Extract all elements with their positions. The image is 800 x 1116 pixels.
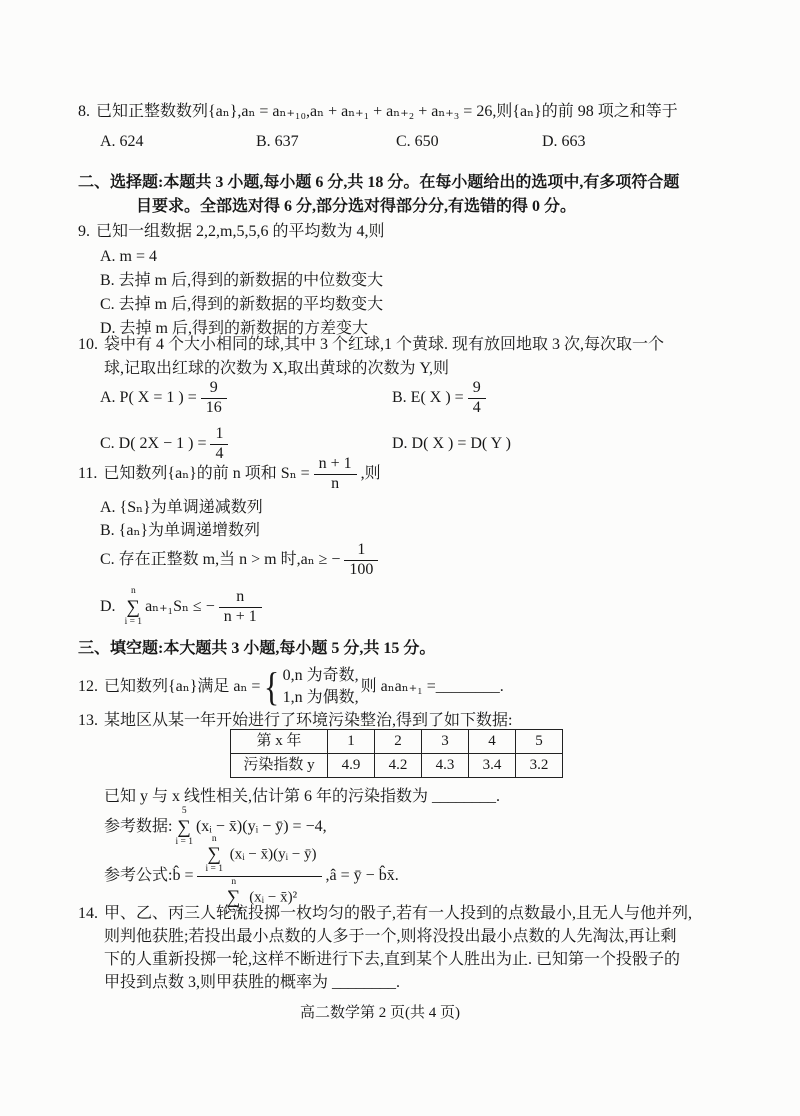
question-number: 12.: [78, 676, 98, 698]
sigma-icon: ∑: [127, 597, 141, 618]
fraction-numerator: 1: [344, 542, 378, 561]
fraction-numerator: n ∑ i = 1 (xᵢ − x̄)(yᵢ − ȳ): [197, 835, 321, 877]
question-stem-line3: 下的人重新投掷一轮,这样不断进行下去,直到某个人胜出为止. 已知第一个投骰子的: [104, 949, 680, 971]
sigma-icon: ∑: [207, 844, 221, 865]
question-9: 9.已知一组数据 2,2,m,5,5,6 的平均数为 4,则: [78, 221, 384, 243]
option-c: C. 650: [396, 131, 542, 153]
fraction-denominator: 4: [468, 399, 486, 417]
fraction-denominator: 16: [201, 399, 227, 417]
question-stem-line1: 袋中有 4 个大小相同的球,其中 3 个红球,1 个黄球. 现有放回地取 3 次…: [104, 336, 664, 353]
fraction: n + 1n: [314, 456, 357, 493]
option-d: D. 663: [542, 131, 586, 153]
question-stem: 已知数列{aₙ}满足 aₙ =: [104, 676, 260, 698]
table-cell: 4.9: [328, 754, 375, 778]
section-2-header-line1: 二、选择题:本题共 3 小题,每小题 6 分,共 18 分。在每小题给出的选项中…: [78, 172, 679, 194]
sum-symbol: 5 ∑ i = 1: [175, 807, 193, 847]
q13-reference-formula: 参考公式:b̂ = n ∑ i = 1 (xᵢ − x̄)(yᵢ − ȳ) n …: [104, 845, 399, 907]
table-cell: 3.4: [469, 754, 516, 778]
page-footer: 高二数学第 2 页(共 4 页): [0, 1003, 760, 1024]
question-stem-line1: 甲、乙、丙三人轮流投掷一枚均匀的骰子,若有一人投到的点数最小,且无人与他并列,: [104, 905, 692, 922]
fraction: 94: [468, 380, 486, 417]
fill-blank: ________.: [332, 974, 400, 991]
question-stem: 某地区从某一年开始进行了环境污染整治,得到了如下数据:: [104, 712, 512, 729]
fraction-numerator: 9: [201, 380, 227, 399]
question-stem: 已知一组数据 2,2,m,5,5,6 的平均数为 4,则: [96, 223, 384, 240]
question-number: 14.: [78, 903, 98, 925]
table-cell: 3: [422, 730, 469, 754]
question-8: 8.已知正整数数列{aₙ},aₙ = aₙ₊₁₀,aₙ + aₙ₊₁ + aₙ₊…: [78, 101, 678, 123]
fraction-numerator: n + 1: [314, 456, 357, 475]
pollution-data-table: 第 x 年 1 2 3 4 5 污染指数 y 4.9 4.2 4.3 3.4 3…: [230, 729, 563, 778]
question-11: 11. 已知数列{aₙ}的前 n 项和 Sₙ = n + 1n ,则: [78, 452, 381, 496]
question-number: 9.: [78, 221, 90, 243]
table-cell: 2: [375, 730, 422, 754]
q11-option-c: C. 存在正整数 m,当 n > m 时,aₙ ≥ − 1100: [100, 538, 382, 582]
table-row-index: 污染指数 y 4.9 4.2 4.3 3.4 3.2: [231, 754, 563, 778]
table-cell: 1: [328, 730, 375, 754]
fraction-numerator: 1: [210, 426, 228, 445]
question-stem: 已知正整数数列{aₙ},aₙ = aₙ₊₁₀,aₙ + aₙ₊₁ + aₙ₊₂ …: [96, 103, 678, 120]
question-number: 11.: [78, 463, 97, 485]
fraction: nn + 1: [219, 589, 262, 626]
question-10: 10.袋中有 4 个大小相同的球,其中 3 个红球,1 个黄球. 现有放回地取 …: [78, 334, 664, 356]
question-stem-line2: 则判他获胜;若投出最小点数的人多于一个,则将没投出最小点数的人先淘汰,再让剩: [104, 926, 676, 948]
section-3-header: 三、填空题:本大题共 3 小题,每小题 5 分,共 15 分。: [78, 638, 435, 660]
question-number: 8.: [78, 101, 90, 123]
question-number: 10.: [78, 334, 98, 356]
fraction-numerator: n: [219, 589, 262, 608]
fill-blank: ________.: [436, 676, 504, 698]
question-number: 13.: [78, 710, 98, 732]
fraction: 916: [201, 380, 227, 417]
option-b: B. 637: [256, 131, 396, 153]
piecewise-cases: { 0,n 为奇数, 1,n 为偶数,: [262, 665, 358, 708]
table-cell: 污染指数 y: [231, 754, 328, 778]
option-a: A. 624: [100, 131, 256, 153]
q9-option-c: C. 去掉 m 后,得到的新数据的平均数变大: [100, 294, 383, 316]
fill-blank: ________.: [432, 788, 500, 805]
section-2-header-line2: 目要求。全部选对得 6 分,部分选对得部分分,有选错的得 0 分。: [136, 196, 576, 218]
q9-option-a: A. m = 4: [100, 246, 157, 268]
sum-symbol: n ∑ i = 1: [205, 835, 223, 875]
question-14: 14.甲、乙、丙三人轮流投掷一枚均匀的骰子,若有一人投到的点数最小,且无人与他并…: [78, 903, 692, 925]
table-row-years: 第 x 年 1 2 3 4 5: [231, 730, 563, 754]
q8-options: A. 624 B. 637 C. 650 D. 663: [100, 131, 586, 153]
q11-option-a: A. {Sₙ}为单调递减数列: [100, 497, 263, 519]
sum-symbol: n ∑ i = 1: [125, 587, 143, 627]
fraction-denominator: 100: [344, 561, 378, 579]
case-line2: 1,n 为偶数,: [283, 687, 359, 709]
table-cell: 4.2: [375, 754, 422, 778]
q11-option-d: D. n ∑ i = 1 aₙ₊₁Sₙ ≤ − nn + 1: [100, 582, 266, 632]
fraction-denominator: n: [314, 475, 357, 493]
question-stem: 已知数列{aₙ}的前 n 项和 Sₙ =: [103, 463, 309, 485]
table-cell: 第 x 年: [231, 730, 328, 754]
q10-options-row1: A. P( X = 1 ) = 916 B. E( X ) = 94: [100, 375, 490, 421]
cases-brace: {: [264, 667, 279, 707]
question-12: 12. 已知数列{aₙ}满足 aₙ = { 0,n 为奇数, 1,n 为偶数, …: [78, 662, 504, 712]
option-b: B. E( X ) = 94: [392, 380, 490, 417]
fraction-denominator: n + 1: [219, 608, 262, 626]
table-cell: 4.3: [422, 754, 469, 778]
q9-option-b: B. 去掉 m 后,得到的新数据的中位数变大: [100, 270, 383, 292]
question-stem-line4: 甲投到点数 3,则甲获胜的概率为 ________.: [104, 972, 400, 994]
fraction: 1100: [344, 542, 378, 579]
option-a: A. P( X = 1 ) = 916: [100, 380, 392, 417]
table-cell: 3.2: [516, 754, 563, 778]
exam-page: 8.已知正整数数列{aₙ},aₙ = aₙ₊₁₀,aₙ + aₙ₊₁ + aₙ₊…: [0, 0, 800, 1116]
option-d: D. D( X ) = D( Y ): [392, 433, 511, 455]
sigma-icon: ∑: [177, 817, 191, 838]
table-cell: 5: [516, 730, 563, 754]
table-cell: 4: [469, 730, 516, 754]
fraction-numerator: 9: [468, 380, 486, 399]
case-line1: 0,n 为奇数,: [283, 665, 359, 687]
